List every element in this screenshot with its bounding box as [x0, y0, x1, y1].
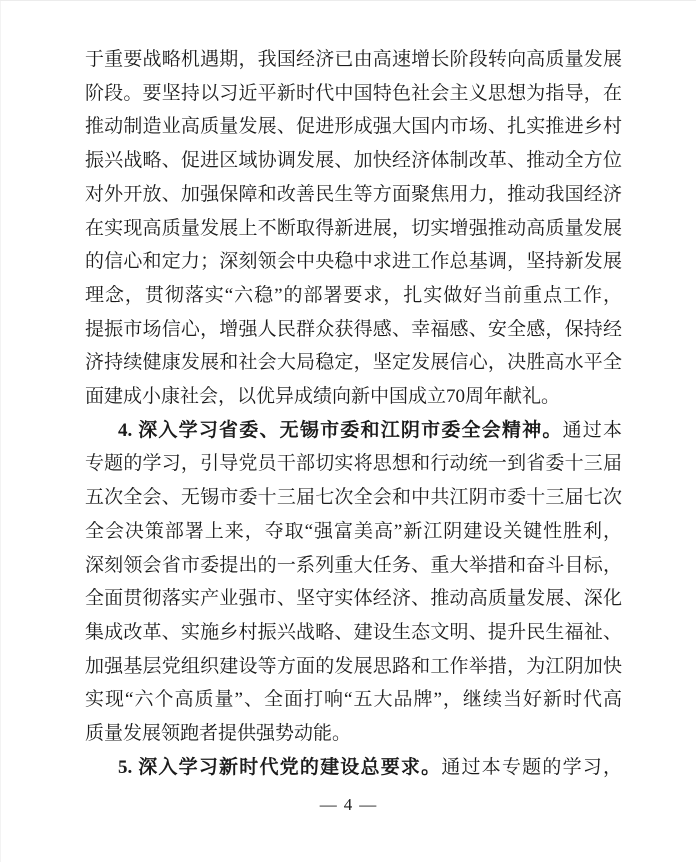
text-line: 4. 深入学习省委、无锡市委和江阴市委全会精神。通过本 — [85, 414, 622, 448]
paragraph-section-5: 5. 深入学习新时代党的建设总要求。通过本专题的学习， — [85, 751, 622, 785]
paragraph-section-4: 4. 深入学习省委、无锡市委和江阴市委全会精神。通过本专题的学习，引导党员干部切… — [85, 414, 622, 751]
text-line: 实现“六个高质量”、全面打响“五大品牌”，继续当好新时代高 — [85, 683, 622, 717]
text-line: 加强基层党组织建设等方面的发展思路和工作举措，为江阴加快 — [85, 650, 622, 684]
text-line: 质量发展领跑者提供强势动能。 — [85, 717, 622, 751]
body-text: 质量发展领跑者提供强势动能。 — [85, 723, 351, 744]
text-line: 深刻领会省市委提出的一系列重大任务、重大举措和奋斗目标， — [85, 549, 622, 583]
text-line: 5. 深入学习新时代党的建设总要求。通过本专题的学习， — [85, 751, 622, 785]
body-text: 全面贯彻落实产业强市、坚守实体经济、推动高质量发展、深化 — [85, 588, 622, 609]
text-line: 专题的学习，引导党员干部切实将思想和行动统一到省委十三届 — [85, 447, 622, 481]
body-text: 对外开放、加强保障和改善民生等方面聚焦用力，推动我国经济 — [85, 184, 622, 205]
document-page: 于重要战略机遇期，我国经济已由高速增长阶段转向高质量发展阶段。要坚持以习近平新时… — [0, 0, 696, 862]
text-line: 全会决策部署上来，夺取“强富美高”新江阴建设关键性胜利， — [85, 515, 622, 549]
text-line: 理念，贯彻落实“六稳”的部署要求，扎实做好当前重点工作， — [85, 279, 622, 313]
body-text: 在实现高质量发展上不断取得新进展，切实增强推动高质量发展 — [85, 218, 622, 239]
text-line: 集成改革、实施乡村振兴战略、建设生态文明、提升民生福祉、 — [85, 616, 622, 650]
paragraph-continuation: 于重要战略机遇期，我国经济已由高速增长阶段转向高质量发展阶段。要坚持以习近平新时… — [85, 43, 622, 414]
text-line: 在实现高质量发展上不断取得新进展，切实增强推动高质量发展 — [85, 212, 622, 246]
body-text: 提振市场信心，增强人民群众获得感、幸福感、安全感，保持经 — [85, 319, 622, 340]
body-text: 通过本专题的学习， — [441, 757, 622, 778]
footer-right-dash: — — [359, 794, 376, 816]
section-heading-text: 4. 深入学习省委、无锡市委和江阴市委全会精神。 — [118, 420, 563, 441]
body-text: 面建成小康社会，以优异成绩向新中国成立70周年献礼。 — [85, 386, 560, 407]
body-text: 阶段。要坚持以习近平新时代中国特色社会主义思想为指导，在 — [85, 83, 622, 104]
body-text: 推动制造业高质量发展、促进形成强大国内市场、扎实推进乡村 — [85, 116, 622, 137]
text-line: 五次全会、无锡市委十三届七次全会和中共江阴市委十三届七次 — [85, 481, 622, 515]
body-text: 理念，贯彻落实“六稳”的部署要求，扎实做好当前重点工作， — [85, 285, 622, 306]
body-text: 通过本 — [563, 420, 622, 441]
text-line: 全面贯彻落实产业强市、坚守实体经济、推动高质量发展、深化 — [85, 582, 622, 616]
body-text: 振兴战略、促进区域协调发展、加快经济体制改革、推动全方位 — [85, 150, 622, 171]
body-text: 集成改革、实施乡村振兴战略、建设生态文明、提升民生福祉、 — [85, 622, 622, 643]
page-footer: —4— — [0, 794, 696, 816]
text-line: 对外开放、加强保障和改善民生等方面聚焦用力，推动我国经济 — [85, 178, 622, 212]
text-line: 推动制造业高质量发展、促进形成强大国内市场、扎实推进乡村 — [85, 110, 622, 144]
body-text: 于重要战略机遇期，我国经济已由高速增长阶段转向高质量发展 — [85, 49, 622, 70]
body-text: 的信心和定力；深刻领会中央稳中求进工作总基调，坚持新发展 — [85, 251, 622, 272]
body-text: 加强基层党组织建设等方面的发展思路和工作举措，为江阴加快 — [85, 656, 622, 677]
text-line: 阶段。要坚持以习近平新时代中国特色社会主义思想为指导，在 — [85, 77, 622, 111]
body-text: 专题的学习，引导党员干部切实将思想和行动统一到省委十三届 — [85, 453, 622, 474]
section-heading-text: 5. 深入学习新时代党的建设总要求。 — [118, 757, 441, 778]
text-line: 面建成小康社会，以优异成绩向新中国成立70周年献礼。 — [85, 380, 622, 414]
text-line: 于重要战略机遇期，我国经济已由高速增长阶段转向高质量发展 — [85, 43, 622, 77]
page-number: 4 — [344, 795, 353, 814]
body-text: 五次全会、无锡市委十三届七次全会和中共江阴市委十三届七次 — [85, 487, 622, 508]
body-text: 全会决策部署上来，夺取“强富美高”新江阴建设关键性胜利， — [85, 521, 622, 542]
footer-left-dash: — — [320, 794, 337, 816]
body-text: 实现“六个高质量”、全面打响“五大品牌”，继续当好新时代高 — [85, 689, 622, 710]
text-line: 的信心和定力；深刻领会中央稳中求进工作总基调，坚持新发展 — [85, 245, 622, 279]
text-line: 提振市场信心，增强人民群众获得感、幸福感、安全感，保持经 — [85, 313, 622, 347]
document-body: 于重要战略机遇期，我国经济已由高速增长阶段转向高质量发展阶段。要坚持以习近平新时… — [85, 43, 622, 784]
text-line: 振兴战略、促进区域协调发展、加快经济体制改革、推动全方位 — [85, 144, 622, 178]
text-line: 济持续健康发展和社会大局稳定，坚定发展信心，决胜高水平全 — [85, 346, 622, 380]
body-text: 深刻领会省市委提出的一系列重大任务、重大举措和奋斗目标， — [85, 555, 622, 576]
body-text: 济持续健康发展和社会大局稳定，坚定发展信心，决胜高水平全 — [85, 352, 622, 373]
